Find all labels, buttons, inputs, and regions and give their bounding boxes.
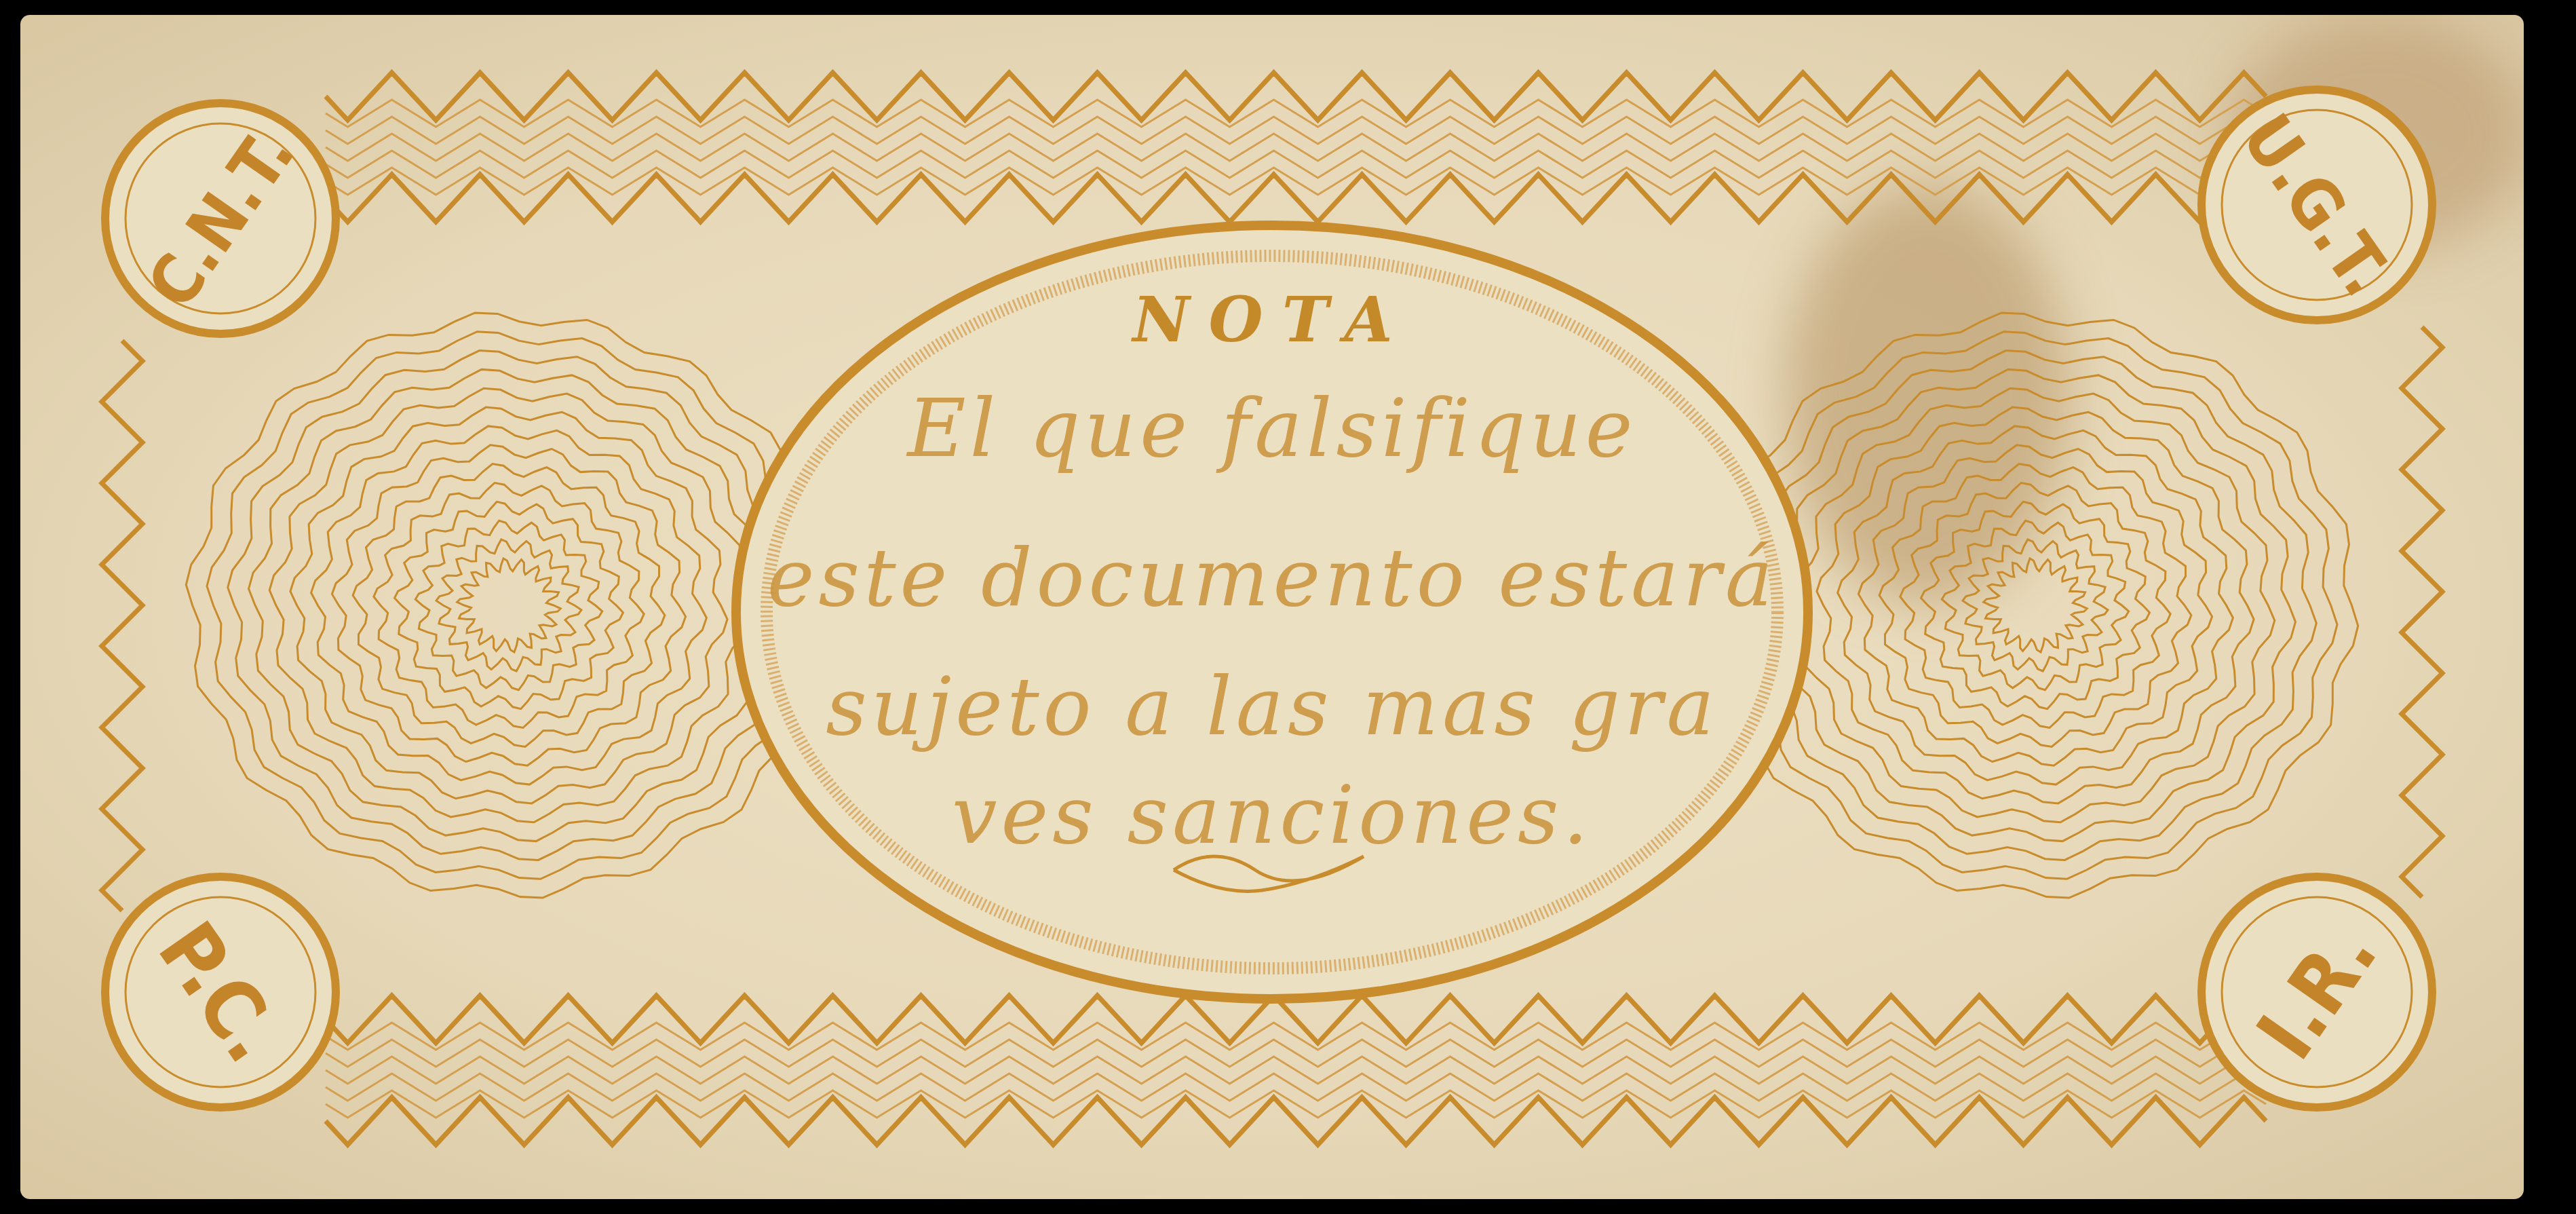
banknote-reverse: NOTA El que falsifique este documento es… xyxy=(20,15,2524,1199)
warning-line-2: este documento estará xyxy=(20,531,2524,624)
warning-line-4: ves sanciones. xyxy=(20,768,2524,862)
warning-line-3: sujeto a las mas gra xyxy=(20,660,2524,753)
warning-line-1: El que falsifique xyxy=(20,381,2524,475)
heading-nota: NOTA xyxy=(20,283,2524,356)
